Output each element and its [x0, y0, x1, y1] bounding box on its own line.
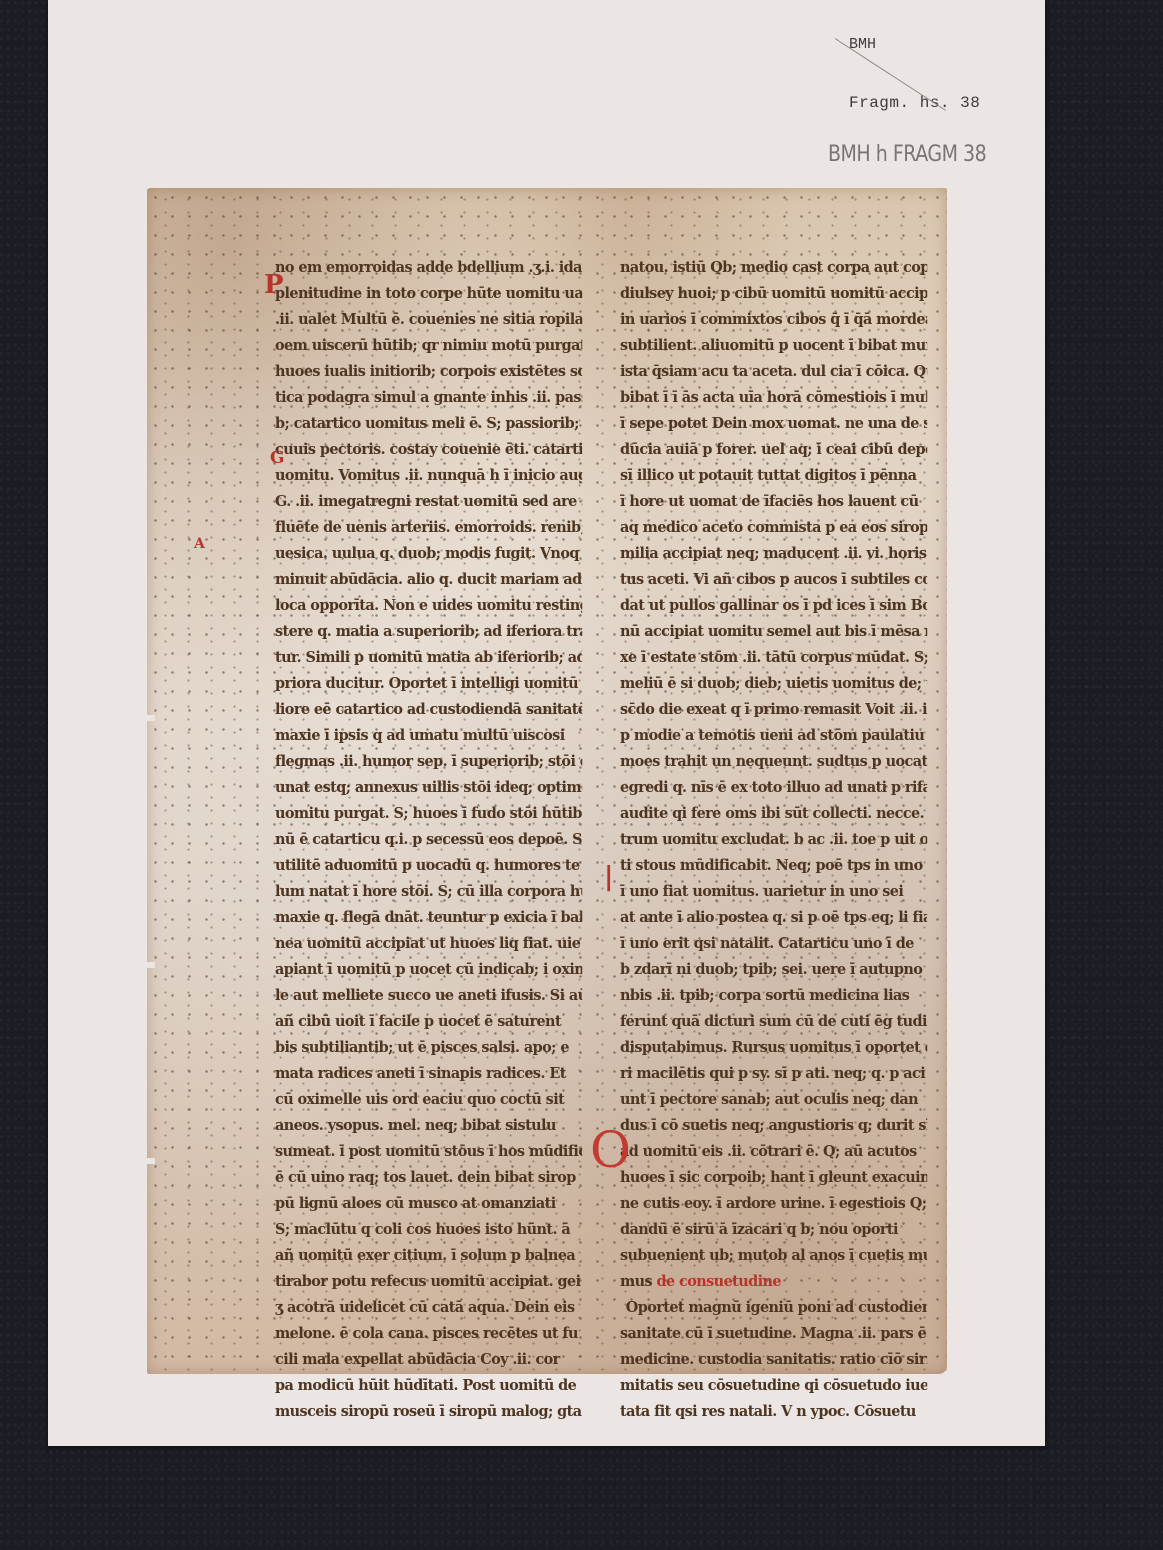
manuscript-line: musceis siropū roseū ī siropū malog; gta: [275, 1398, 582, 1424]
manuscript-line: ī uno fiat uomitus. uarietur in uno sei: [620, 878, 927, 904]
manuscript-line: unt ī pectore sanab; aut oculis neq; dan: [620, 1086, 927, 1112]
manuscript-line: stere q. matia a superiorib; ad iferiora…: [275, 618, 582, 644]
manuscript-line: maxie q. flegā dnāt. teuntur p exicia ī …: [275, 904, 582, 930]
manuscript-line: mitatis seu cōsuetudine qi cōsuetudo iue: [620, 1372, 927, 1398]
shelfmark-typed-line2: Fragm. hs. 38: [849, 94, 980, 112]
manuscript-line: cili mala expellat abūdācia Coy .ii. cor: [275, 1346, 582, 1372]
rubric-initial-G: G: [270, 448, 285, 468]
manuscript-line: tica podagra simul a gnante inhis .ii. p…: [275, 384, 582, 410]
manuscript-line: ista q̄siam acu ta aceta. dul cia ī cōic…: [620, 358, 927, 384]
handwritten-shelfmark: BMH h FRAGM 38: [828, 141, 986, 166]
manuscript-line: unat estq; annexus uillis stōi ideq; opt…: [275, 774, 582, 800]
manuscript-line: sanitate cū ī suetudine. Magna .ii. pars…: [620, 1320, 927, 1346]
margin-rubric-stroke: |: [604, 862, 613, 892]
manuscript-line: oem uiscerū hūtib; qr nimiu motū purgat …: [275, 332, 582, 358]
manuscript-line: natou. istiū Qb; medio cast corpa aut co…: [620, 254, 927, 280]
manuscript-line: cuuis pectoris. costay couenie ēti. cata…: [275, 436, 582, 462]
manuscript-line: ī uno erit qsi natalit. Catarticu uno ī …: [620, 930, 927, 956]
manuscript-line: ī sepe potet Dein mox uomat. ne una de s…: [620, 410, 927, 436]
manuscript-line: ē cū uino raq; tos lauet. dein bibat sir…: [275, 1164, 582, 1190]
manuscript-line: uomitu. Vomitus .ii. nunquā h ī inicio a…: [275, 462, 582, 488]
manuscript-line: ti stous mūdificabit. Neq; poē tps in un…: [620, 852, 927, 878]
manuscript-line: disputabimus. Rursus uomitus ī oportet d…: [620, 1034, 927, 1060]
manuscript-line: le aut melliete succo ue aneti ifusis. S…: [275, 982, 582, 1008]
manuscript-line: huoes ī sic corpoib; hant ī gleunt exacu…: [620, 1164, 927, 1190]
manuscript-line: utilitē aduomitū p uocadū q. humores te …: [275, 852, 582, 878]
manuscript-line: bibat ī ī ās acta uīa horā cōmestiois ī …: [620, 384, 927, 410]
manuscript-line: egredi q. nīs ē ex toto illuo ad unati p…: [620, 774, 927, 800]
manuscript-line: tur. Simili p uomitū matia ab iferiorib;…: [275, 644, 582, 670]
manuscript-line: maxie ī ipsis q ad umatu multū uiscosi: [275, 722, 582, 748]
manuscript-line: xe ī estate stōm .ii. tātū corpus mūdat.…: [620, 644, 927, 670]
manuscript-line: G. .ii. imegatregni restat uomitū sed ar…: [275, 488, 582, 514]
manuscript-line: loca opporīta. Non e uides uomitu restin…: [275, 592, 582, 618]
manuscript-line: tirabor potu refecus uomitū accipiat. ge…: [275, 1268, 582, 1294]
manuscript-line: moes trahit un nequeunt. sudtus p uocati: [620, 748, 927, 774]
manuscript-line: S; maclūtu q coli cos huoes isto hūnt. ā: [275, 1216, 582, 1242]
manuscript-line: ad uomitū eis .ii. cōtrari ē. Q; aū acut…: [620, 1138, 927, 1164]
manuscript-line: flegmas .ii. humor sep. ī superiorib; st…: [275, 748, 582, 774]
manuscript-line: liore eē catartico ad custodiendā sanita…: [275, 696, 582, 722]
manuscript-line: mata radices aneti ī sinapis radices. Et: [275, 1060, 582, 1086]
manuscript-line: dus ī cō suetis neq; angustioris q; duri…: [620, 1112, 927, 1138]
manuscript-line: trum uomitu excludat. b ac .ii. toe p ui…: [620, 826, 927, 852]
manuscript-line: nbis .ii. tpib; corpa sortū medicina lia…: [620, 982, 927, 1008]
manuscript-line: nū ē catarticu q.i. p secessū eos depoē.…: [275, 826, 582, 852]
manuscript-line: fluēte de uenis arteriis. emorroids. ren…: [275, 514, 582, 540]
manuscript-line: uomitu purgat. S; huoes ī fudo stōi hūti…: [275, 800, 582, 826]
manuscript-line: ī hore ut uomat de īfaciēs hos lauent cū: [620, 488, 927, 514]
manuscript-line: p modie a temotis ueni ad stōm paulatiu: [620, 722, 927, 748]
margin-rubric-mark: A: [194, 536, 205, 552]
manuscript-line: meliū ē si duob; dieb; uietis uomitus de…: [620, 670, 927, 696]
manuscript-line: tus aceti. Vi añ cibos p aucos ī subtile…: [620, 566, 927, 592]
manuscript-line: nea uomitū accipiat ut huoes liq fiat. u…: [275, 930, 582, 956]
text-column-left: no em emorroidas adde bdellium .ʒ.i. ida…: [275, 254, 595, 1424]
manuscript-line: ʒ acotrā uidelicet cū catā aqua. Dein ei…: [275, 1294, 582, 1320]
manuscript-line: milia accipiat neq; maducent .ii. vi. ho…: [620, 540, 927, 566]
manuscript-line: at ante ī alio postea q. si p oē tps eq;…: [620, 904, 927, 930]
manuscript-line: plenitudine in toto corpe hūte uomitu ua…: [275, 280, 582, 306]
manuscript-line: nū accipiat uomitu semel aut bis ī mēsa …: [620, 618, 927, 644]
manuscript-line: Oportet magnū igeniū poni ad custodiendā: [620, 1294, 927, 1320]
manuscript-line: añ cibū uoit ī facile p uocet ē saturent: [275, 1008, 582, 1034]
manuscript-line: ferunt quā dicturi sum cū de cuti ēg tud…: [620, 1008, 927, 1034]
manuscript-line: pa modicū hūit hūdītati. Post uomitū de: [275, 1372, 582, 1398]
manuscript-line: b; catartico uomitus meli ē. S; passiori…: [275, 410, 582, 436]
manuscript-line: tata fit qsi res natali. V n ypoc. Cōsue…: [620, 1398, 927, 1424]
fragment-edge-nick: [145, 715, 155, 721]
manuscript-line: no em emorroidas adde bdellium .ʒ.i. ida…: [275, 254, 582, 280]
manuscript-line: ri macilētis qui p sy. sī p ati. neq; q.…: [620, 1060, 927, 1086]
manuscript-line: mus de consuetudine: [620, 1268, 927, 1294]
manuscript-line: uesica. uulua q. duob; modis fugit. Vnoq: [275, 540, 582, 566]
manuscript-line: huoes iualis initiorib; corpois existēte…: [275, 358, 582, 384]
fragment-edge-nick: [145, 1158, 155, 1164]
manuscript-line: melone. ē cola cana. pisces recētes ut f…: [275, 1320, 582, 1346]
manuscript-line: dūcia auiā p forer. uel aq; ī ceai cibū …: [620, 436, 927, 462]
rubric-initial-P: P: [264, 270, 284, 300]
manuscript-line: sī illico ut potauit tuttat digitos ī pē…: [620, 462, 927, 488]
manuscript-line: priora ducitur. Oportet ī intelligi uomi…: [275, 670, 582, 696]
fragment-edge-nick: [145, 962, 155, 968]
manuscript-line: apiant ī uomitū p uocet cū indicab; i ox…: [275, 956, 582, 982]
manuscript-line: minuit abūdācia. alio q. ducit mariam ad: [275, 566, 582, 592]
manuscript-line: dandū ē sirū ā īzacari q b; nou oporti: [620, 1216, 927, 1242]
manuscript-line: aneos. ysopus. mel. neq; bibat sistulu: [275, 1112, 582, 1138]
manuscript-line: sc̄do die exeat q ī primo remasit Voit .…: [620, 696, 927, 722]
manuscript-line: subuenient ub; mutob al anos ī cuetis mu…: [620, 1242, 927, 1268]
manuscript-line: bis subtiliantib; ut ē pisces salsi. apo…: [275, 1034, 582, 1060]
manuscript-line: cū oximelle uis ord eaciu quo coctū sit: [275, 1086, 582, 1112]
manuscript-line: pū lignū aloes cū musco at omanziati: [275, 1190, 582, 1216]
manuscript-line: añ uomitū exer citium. ī solum p balnea: [275, 1242, 582, 1268]
manuscript-line: dat ut pullos gallinar os ī pd ices ī si…: [620, 592, 927, 618]
manuscript-line: diulsey huoi; p cibū uomitū uomitū accip…: [620, 280, 927, 306]
manuscript-line: audite qi fere oms ibi sūt collecti. nec…: [620, 800, 927, 826]
manuscript-line: in uarios ī commixtos cibos q̄ ī q̄ā mor…: [620, 306, 927, 332]
manuscript-line: aq medico aceto commista p ea eos sirop.…: [620, 514, 927, 540]
manuscript-line: .ii. ualet Multū ē. couenies ne sitia ro…: [275, 306, 582, 332]
decorated-initial-O: O: [590, 1125, 631, 1175]
manuscript-line: lum natat ī hore stōi. S; cū illa corpor…: [275, 878, 582, 904]
manuscript-line: sumeat. ī post uomitū stōus ī hos mūdifi…: [275, 1138, 582, 1164]
manuscript-line: ne cutis eoy. ī ardore urine. ī egestioi…: [620, 1190, 927, 1216]
manuscript-line: b zdarī ni duob; tpib; sei. uere ī autup…: [620, 956, 927, 982]
manuscript-line: subtilient. aliuomitū p uocent ī bibat m…: [620, 332, 927, 358]
text-column-right: natou. istiū Qb; medio cast corpa aut co…: [620, 254, 940, 1424]
manuscript-line: medicine. custodia sanitatis. ratio cīō …: [620, 1346, 927, 1372]
